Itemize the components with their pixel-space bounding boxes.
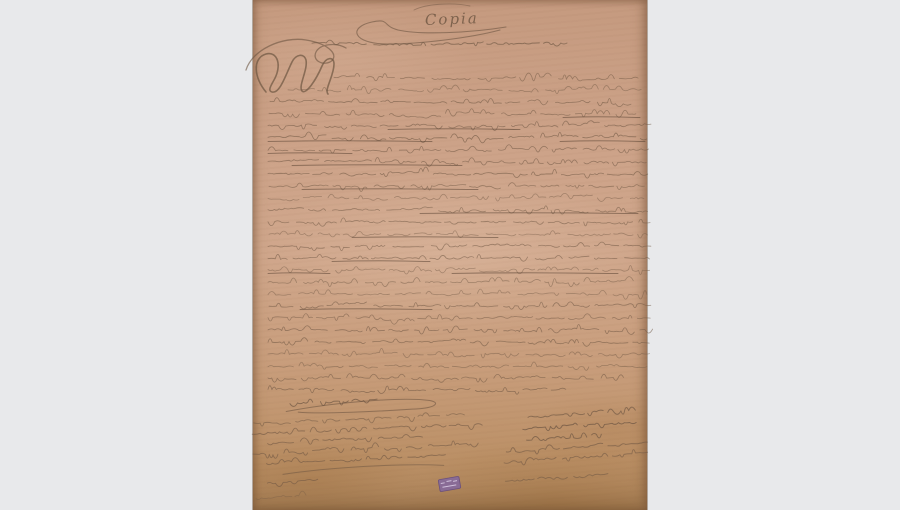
script-line	[506, 438, 647, 456]
script-underline	[300, 309, 432, 310]
script-line	[253, 438, 479, 459]
script-underline	[268, 141, 432, 142]
script-line	[268, 289, 647, 299]
script-line	[268, 348, 650, 358]
script-underline	[302, 189, 478, 190]
script-line	[256, 491, 306, 500]
archive-stamp-body	[438, 476, 461, 491]
script-underline	[268, 273, 330, 274]
archive-stamp	[438, 476, 461, 491]
date-line	[286, 395, 436, 415]
initial-letter-strokes	[256, 54, 334, 94]
script-underline	[352, 237, 498, 238]
script-line	[268, 218, 650, 226]
page-background: { "colors": { "background": "#e8e9eb", "…	[0, 0, 900, 510]
script-line	[268, 277, 633, 287]
script-line	[526, 432, 601, 443]
script-line	[268, 362, 647, 370]
script-line	[290, 397, 377, 407]
document-header: Copia	[357, 4, 506, 44]
faint-bottom-marks	[256, 491, 306, 500]
script-line	[267, 433, 422, 446]
script-line	[268, 374, 624, 383]
signature-right-block	[501, 406, 650, 483]
closing-underline-flourish	[283, 463, 444, 474]
script-line	[268, 242, 651, 251]
script-line	[268, 254, 650, 261]
document-title: Copia	[425, 9, 479, 29]
script-line	[269, 183, 644, 192]
script-line	[266, 451, 445, 465]
script-line	[267, 479, 318, 487]
script-line	[269, 302, 651, 310]
script-line	[523, 419, 637, 433]
script-underline	[452, 273, 618, 274]
script-underline	[560, 141, 645, 142]
script-line	[528, 407, 636, 421]
manuscript-overlay: Copia	[0, 0, 900, 510]
script-underline	[268, 153, 352, 154]
script-line	[268, 325, 653, 335]
script-line	[288, 84, 641, 93]
script-line	[334, 73, 638, 81]
script-underline	[420, 213, 638, 214]
script-underline	[563, 117, 640, 118]
script-line	[270, 98, 631, 107]
script-underline	[332, 261, 430, 262]
script-line	[268, 167, 648, 178]
initial-letter-flourish	[246, 39, 346, 94]
script-line	[268, 338, 649, 347]
script-underline	[292, 165, 462, 166]
scan-area: Copia	[0, 0, 900, 510]
script-line	[268, 145, 649, 153]
script-line	[268, 193, 644, 201]
script-line	[268, 386, 566, 395]
body-script-lines	[268, 73, 653, 394]
script-underline	[388, 129, 520, 130]
initial-letter-swash	[246, 39, 346, 70]
closing-left-block	[252, 410, 485, 487]
script-line	[268, 314, 650, 325]
script-line	[505, 473, 608, 484]
